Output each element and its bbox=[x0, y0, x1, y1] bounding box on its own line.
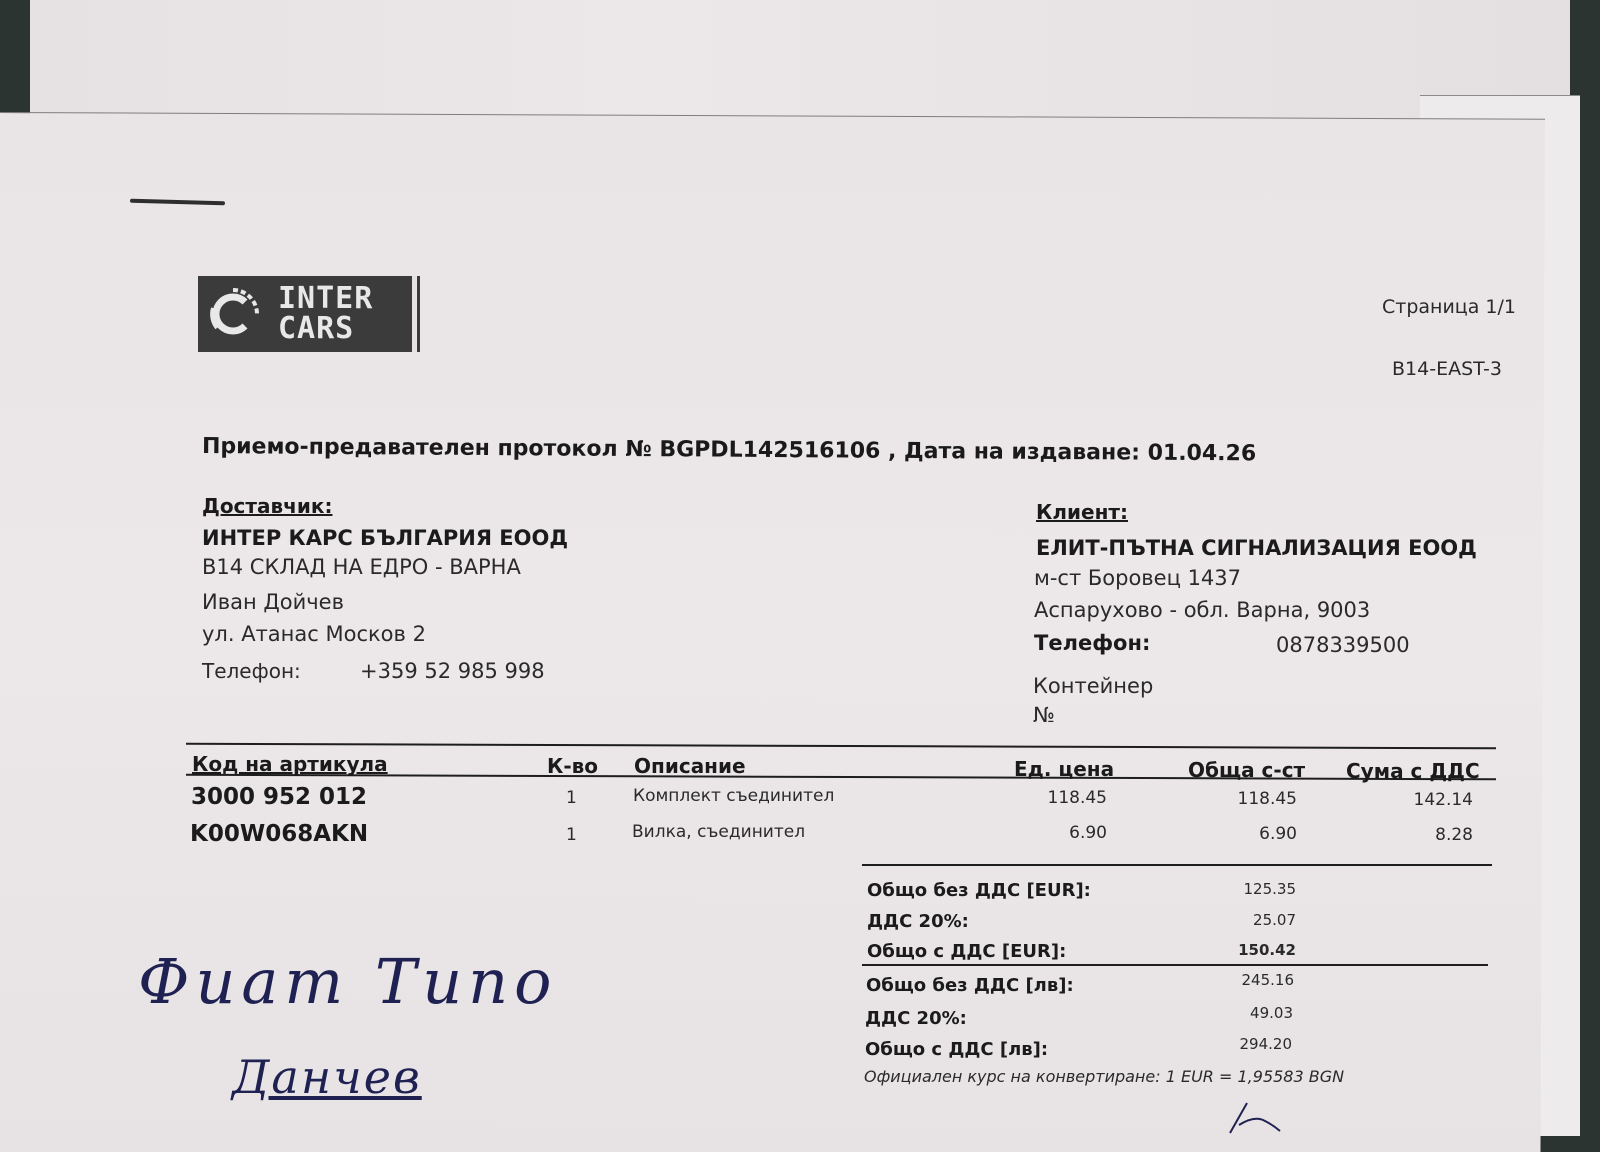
vat-eur-label: ДДС 20%: bbox=[867, 911, 969, 932]
total-gross-bgn-value: 294.20 bbox=[1212, 1035, 1292, 1053]
row-code: K00W068AKN bbox=[190, 821, 368, 847]
total-gross-bgn-label: Общо с ДДС [лв]: bbox=[865, 1039, 1048, 1060]
row-description: Вилка, съединител bbox=[632, 822, 805, 842]
supplier-name: ИНТЕР КАРС БЪЛГАРИЯ ЕООД bbox=[202, 526, 568, 550]
client-heading: Клиент: bbox=[1036, 500, 1128, 524]
supplier-person: Иван Дойчев bbox=[202, 590, 344, 614]
handwritten-signature: Данчев bbox=[232, 1050, 422, 1104]
col-header-qty: К-во bbox=[547, 754, 598, 778]
totals-top-rule bbox=[862, 864, 1492, 866]
location-code: B14-EAST-3 bbox=[1392, 358, 1502, 380]
col-header-unit-price: Ед. цена bbox=[1014, 757, 1114, 781]
page-number: Страница 1/1 bbox=[1382, 296, 1516, 318]
client-address-1: м-ст Боровец 1437 bbox=[1034, 566, 1241, 590]
row-unit-price: 118.45 bbox=[1027, 788, 1107, 808]
supplier-heading: Доставчик: bbox=[202, 494, 332, 518]
intercars-c-logo-icon bbox=[198, 276, 268, 352]
totals-middle-rule bbox=[862, 964, 1488, 966]
supplier-phone: +359 52 985 998 bbox=[360, 659, 545, 683]
row-unit-price: 6.90 bbox=[1027, 823, 1107, 843]
row-total-vat: 8.28 bbox=[1393, 825, 1473, 845]
logo-wordmark: INTER CARS bbox=[268, 284, 373, 344]
container-number-label: № bbox=[1033, 703, 1055, 727]
col-header-description: Описание bbox=[634, 754, 746, 778]
row-total-vat: 142.14 bbox=[1393, 790, 1473, 810]
total-net-eur-label: Общо без ДДС [EUR]: bbox=[867, 880, 1091, 901]
col-header-total: Обща с-ст bbox=[1188, 758, 1305, 782]
total-gross-eur-label: Общо с ДДС [EUR]: bbox=[867, 941, 1066, 962]
row-qty: 1 bbox=[566, 788, 577, 808]
logo-divider bbox=[412, 276, 416, 352]
total-gross-eur-value: 150.42 bbox=[1216, 941, 1296, 959]
logo-line1: INTER bbox=[278, 284, 373, 314]
client-phone: 0878339500 bbox=[1276, 633, 1410, 657]
supplier-phone-label: Телефон: bbox=[202, 659, 301, 683]
conversion-rate-note: Официален курс на конвертиране: 1 EUR = … bbox=[864, 1067, 1344, 1086]
total-net-eur-value: 125.35 bbox=[1216, 880, 1296, 898]
supplier-warehouse: B14 СКЛАД НА ЕДРО - ВАРНА bbox=[202, 555, 521, 579]
row-code: 3000 952 012 bbox=[191, 784, 367, 810]
row-total: 6.90 bbox=[1217, 824, 1297, 844]
handwritten-car-model: Фиат Типо bbox=[138, 945, 557, 1018]
col-header-code: Код на артикула bbox=[192, 752, 388, 776]
row-total: 118.45 bbox=[1217, 789, 1297, 809]
vat-eur-value: 25.07 bbox=[1216, 911, 1296, 929]
client-phone-label: Телефон: bbox=[1034, 631, 1150, 655]
supplier-address: ул. Атанас Москов 2 bbox=[202, 622, 426, 646]
logo-line2: CARS bbox=[278, 314, 373, 344]
client-address-2: Аспарухово - обл. Варна, 9003 bbox=[1034, 598, 1370, 622]
vat-bgn-value: 49.03 bbox=[1213, 1004, 1293, 1022]
container-label: Контейнер bbox=[1033, 674, 1153, 698]
row-qty: 1 bbox=[566, 825, 577, 845]
total-net-bgn-value: 245.16 bbox=[1214, 971, 1294, 989]
vat-bgn-label: ДДС 20%: bbox=[865, 1008, 967, 1029]
row-description: Комплект съединител bbox=[633, 786, 834, 806]
client-name: ЕЛИТ-ПЪТНА СИГНАЛИЗАЦИЯ ЕООД bbox=[1036, 536, 1477, 560]
signature-scribble-icon bbox=[1225, 1095, 1295, 1135]
total-net-bgn-label: Общо без ДДС [лв]: bbox=[866, 975, 1074, 996]
col-header-total-vat: Сума с ДДС bbox=[1346, 759, 1480, 783]
logo-edge bbox=[417, 276, 420, 352]
intercars-logo: INTER CARS bbox=[198, 276, 416, 352]
